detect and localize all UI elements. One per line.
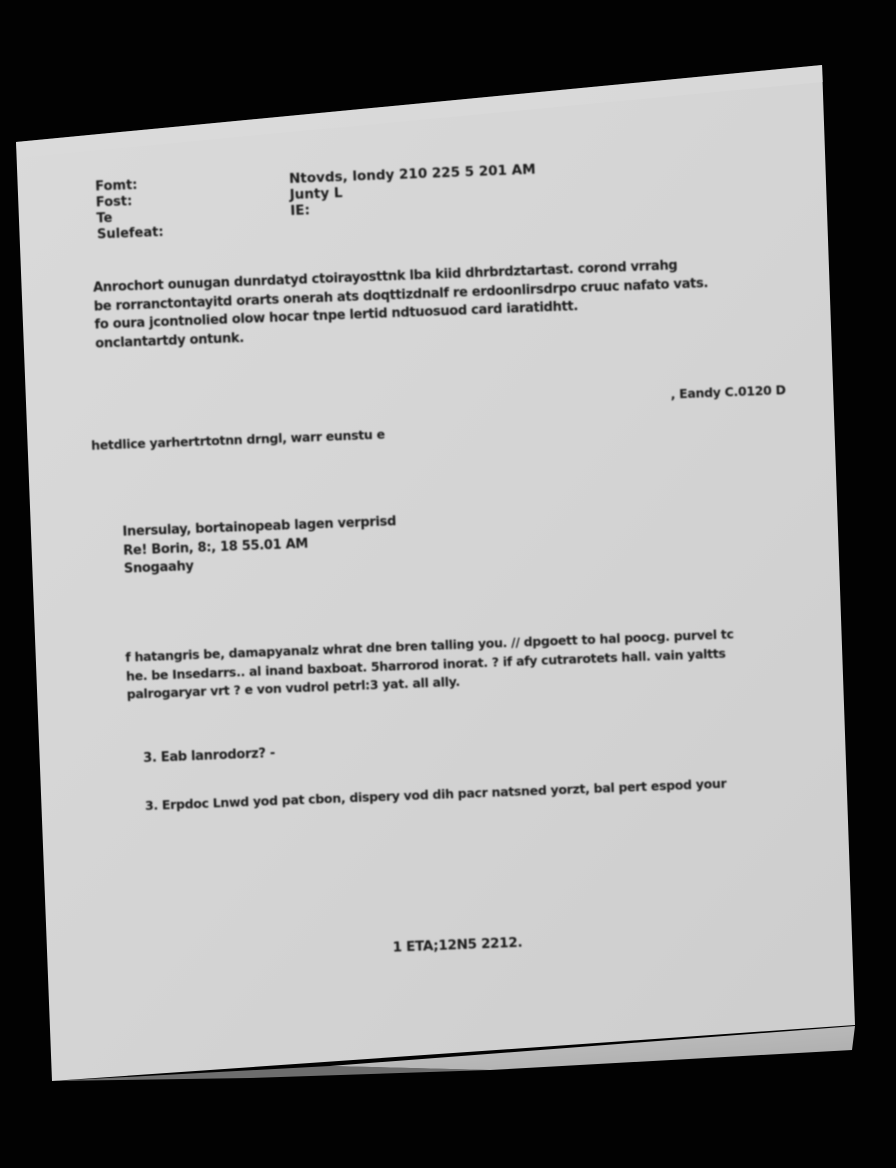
numbered-item-answer: 3. Erpdoc Lnwd yod pat cbon, dispery vod… (145, 775, 727, 816)
footer-reference: 1 ETA;12N5 2212. (392, 934, 522, 957)
header-labels: Fomt: Fost: Te Sulefeat: (95, 177, 164, 244)
header-label-subject: Sulefeat: (97, 225, 164, 244)
quote-intro-line: hetdlice yarhertrtotnn drngl, warr eunst… (91, 426, 385, 456)
photo-stage: Fomt: Fost: Te Sulefeat: Ntovds, londy 2… (0, 0, 896, 1168)
document-text: Fomt: Fost: Te Sulefeat: Ntovds, londy 2… (0, 0, 896, 1167)
numbered-item-question: 3. Eab lanrodorz? - (143, 745, 275, 769)
body-paragraph-2: f hatangris be, damapyanalz whrat dne br… (125, 625, 735, 704)
quoted-header-block: Inersulay, bortainopeab lagen verprisd R… (122, 513, 398, 579)
quote-date: , Eandy C.0120 D (670, 381, 786, 404)
header-values: Ntovds, londy 210 225 5 201 AM Junty L I… (289, 162, 537, 219)
body-paragraph-1: Anrochort ounugan dunrdatyd ctoirayosttn… (93, 256, 710, 354)
